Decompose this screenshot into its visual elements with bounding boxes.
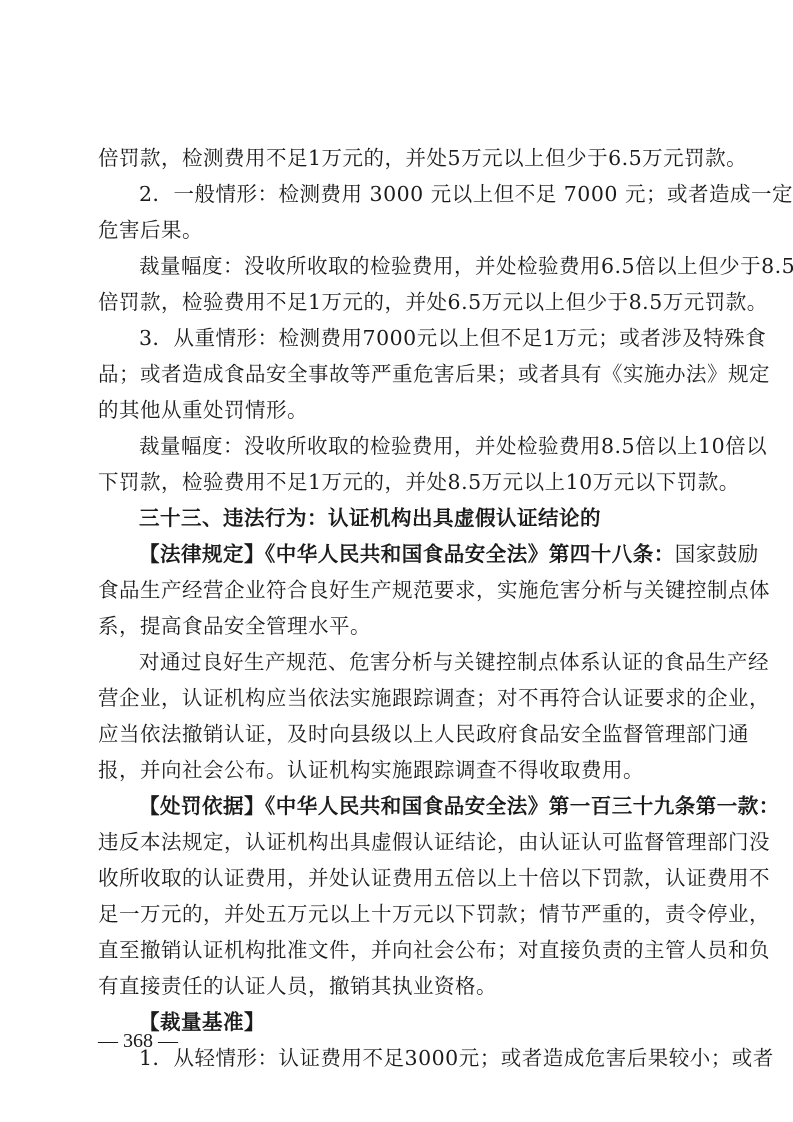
section-heading: 三十三、违法行为：认证机构出具虚假认证结论的 [98, 500, 698, 536]
text-line: 食品生产经营企业符合良好生产规范要求，实施危害分析与关键控制点体 [98, 572, 698, 608]
text-line: 足一万元的，并处五万元以上十万元以下罚款；情节严重的，责令停业， [98, 896, 698, 932]
text-line: 2．一般情形：检测费用 3000 元以上但不足 7000 元；或者造成一定 [98, 176, 698, 212]
text-line: 营企业，认证机构应当依法实施跟踪调查；对不再符合认证要求的企业， [98, 680, 698, 716]
legal-provision-text: 国家鼓励 [675, 542, 759, 566]
discretion-standard-heading: 【裁量基准】 [98, 1004, 698, 1040]
text-line: 对通过良好生产规范、危害分析与关键控制点体系认证的食品生产经 [98, 644, 698, 680]
text-line: 倍罚款，检验费用不足1万元的，并处6.5万元以上但少于8.5万元罚款。 [98, 284, 698, 320]
legal-provision-line: 【法律规定】《中华人民共和国食品安全法》第四十八条：国家鼓励 [98, 536, 698, 572]
text-line: 裁量幅度：没收所收取的检验费用，并处检验费用8.5倍以上10倍以 [98, 428, 698, 464]
legal-provision-label: 【法律规定】 [139, 542, 265, 566]
text-line: 倍罚款，检测费用不足1万元的，并处5万元以上但少于6.5万元罚款。 [98, 140, 698, 176]
text-line: 危害后果。 [98, 212, 698, 248]
penalty-basis-source: 《中华人民共和国食品安全法》第一百三十九条第一款： [265, 794, 780, 818]
penalty-basis-line: 【处罚依据】《中华人民共和国食品安全法》第一百三十九条第一款： [98, 788, 698, 824]
text-line: 裁量幅度：没收所收取的检验费用，并处检验费用6.5倍以上但少于8.5 [98, 248, 698, 284]
text-line: 直至撤销认证机构批准文件，并向社会公布；对直接负责的主管人员和负 [98, 932, 698, 968]
legal-provision-source: 《中华人民共和国食品安全法》第四十八条： [265, 542, 675, 566]
document-page: 倍罚款，检测费用不足1万元的，并处5万元以上但少于6.5万元罚款。 2．一般情形… [98, 140, 698, 1076]
text-line: 收所收取的认证费用，并处认证费用五倍以上十倍以下罚款，认证费用不 [98, 860, 698, 896]
text-line: 应当依法撤销认证，及时向县级以上人民政府食品安全监督管理部门通 [98, 716, 698, 752]
penalty-basis-label: 【处罚依据】 [139, 794, 265, 818]
text-line: 报，并向社会公布。认证机构实施跟踪调查不得收取费用。 [98, 752, 698, 788]
page-number: — 368 — [98, 1030, 178, 1053]
text-line: 品；或者造成食品安全事故等严重危害后果；或者具有《实施办法》规定 [98, 356, 698, 392]
text-line: 有直接责任的认证人员，撤销其执业资格。 [98, 968, 698, 1004]
text-line: 违反本法规定，认证机构出具虚假认证结论，由认证认可监督管理部门没 [98, 824, 698, 860]
text-line: 1．从轻情形：认证费用不足3000元；或者造成危害后果较小；或者 [98, 1040, 698, 1076]
text-line: 的其他从重处罚情形。 [98, 392, 698, 428]
text-line: 下罚款，检验费用不足1万元的，并处8.5万元以上10万元以下罚款。 [98, 464, 698, 500]
text-line: 系，提高食品安全管理水平。 [98, 608, 698, 644]
text-line: 3．从重情形：检测费用7000元以上但不足1万元；或者涉及特殊食 [98, 320, 698, 356]
